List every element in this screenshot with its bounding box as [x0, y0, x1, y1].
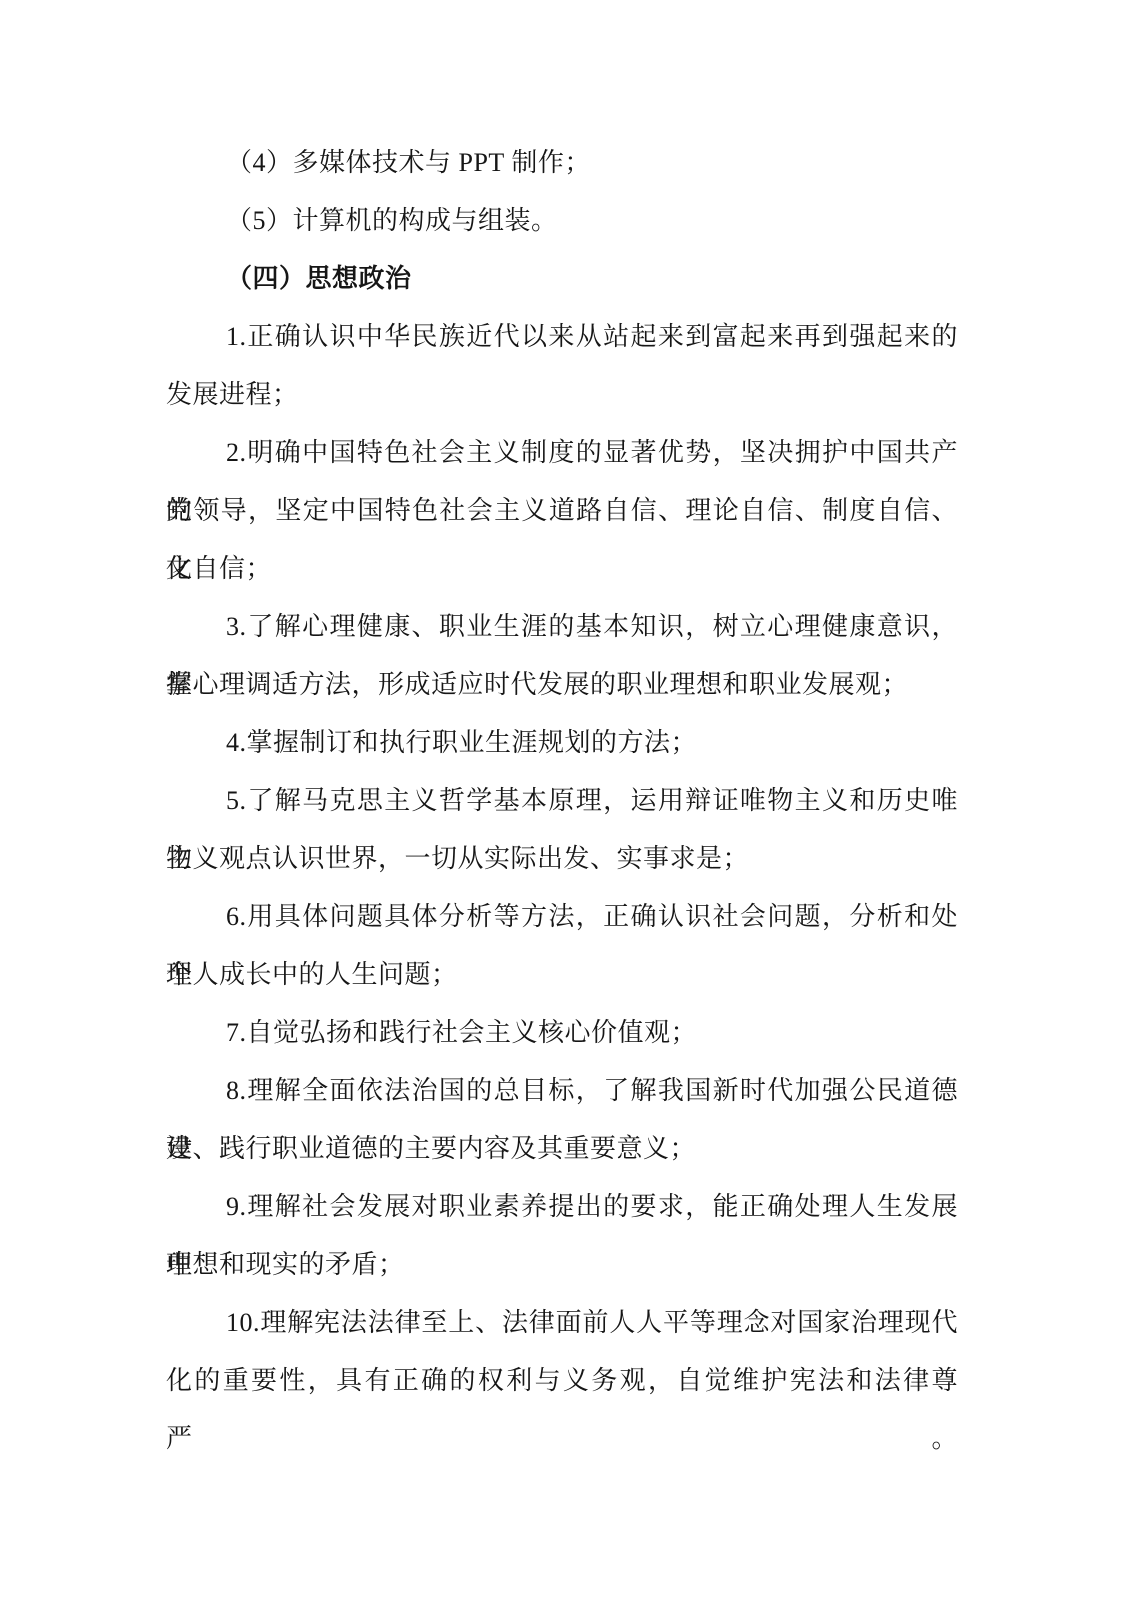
doc-line: 2.明确中国特色社会主义制度的显著优势，坚决拥护中国共产党	[166, 424, 958, 482]
paragraph-point-5: 5.了解马克思主义哲学基本原理，运用辩证唯物主义和历史唯物 主义观点认识世界，一…	[166, 772, 958, 888]
paragraph-point-7: 7.自觉弘扬和践行社会主义核心价值观；	[166, 1004, 958, 1062]
document-page: （4）多媒体技术与 PPT 制作； （5）计算机的构成与组装。 （四）思想政治 …	[0, 0, 1131, 1600]
doc-line: 握心理调适方法，形成适应时代发展的职业理想和职业发展观；	[166, 656, 958, 714]
doc-line: 主义观点认识世界，一切从实际出发、实事求是；	[166, 830, 958, 888]
doc-line: 9.理解社会发展对职业素养提出的要求，能正确处理人生发展中	[166, 1178, 958, 1236]
doc-line: 化的重要性，具有正确的权利与义务观，自觉维护宪法和法律尊严。	[166, 1352, 958, 1410]
doc-line: 7.自觉弘扬和践行社会主义核心价值观；	[166, 1004, 958, 1062]
paragraph-point-2: 2.明确中国特色社会主义制度的显著优势，坚决拥护中国共产党 的领导，坚定中国特色…	[166, 424, 958, 598]
paragraph-point-1: 1.正确认识中华民族近代以来从站起来到富起来再到强起来的 发展进程；	[166, 308, 958, 424]
doc-line: 10.理解宪法法律至上、法律面前人人平等理念对国家治理现代	[166, 1294, 958, 1352]
doc-line: 的领导，坚定中国特色社会主义道路自信、理论自信、制度自信、文	[166, 482, 958, 540]
doc-line: 4.掌握制订和执行职业生涯规划的方法；	[166, 714, 958, 772]
doc-line: 5.了解马克思主义哲学基本原理，运用辩证唯物主义和历史唯物	[166, 772, 958, 830]
doc-line: 8.理解全面依法治国的总目标，了解我国新时代加强公民道德建	[166, 1062, 958, 1120]
paragraph-item-5: （5）计算机的构成与组装。	[166, 192, 958, 250]
doc-line: （4）多媒体技术与 PPT 制作；	[166, 134, 958, 192]
doc-line: 3.了解心理健康、职业生涯的基本知识，树立心理健康意识，掌	[166, 598, 958, 656]
paragraph-point-9: 9.理解社会发展对职业素养提出的要求，能正确处理人生发展中 理想和现实的矛盾；	[166, 1178, 958, 1294]
doc-line: 6.用具体问题具体分析等方法，正确认识社会问题，分析和处理	[166, 888, 958, 946]
paragraph-point-8: 8.理解全面依法治国的总目标，了解我国新时代加强公民道德建 设、践行职业道德的主…	[166, 1062, 958, 1178]
doc-line: 化自信；	[166, 540, 958, 598]
doc-line: 理想和现实的矛盾；	[166, 1236, 958, 1294]
paragraph-item-4: （4）多媒体技术与 PPT 制作；	[166, 134, 958, 192]
paragraph-point-10: 10.理解宪法法律至上、法律面前人人平等理念对国家治理现代 化的重要性，具有正确…	[166, 1294, 958, 1410]
paragraph-point-6: 6.用具体问题具体分析等方法，正确认识社会问题，分析和处理 个人成长中的人生问题…	[166, 888, 958, 1004]
doc-line: （四）思想政治	[166, 250, 958, 308]
doc-line: 设、践行职业道德的主要内容及其重要意义；	[166, 1120, 958, 1178]
paragraph-point-3: 3.了解心理健康、职业生涯的基本知识，树立心理健康意识，掌 握心理调适方法，形成…	[166, 598, 958, 714]
doc-line: （5）计算机的构成与组装。	[166, 192, 958, 250]
doc-line: 发展进程；	[166, 366, 958, 424]
doc-line: 1.正确认识中华民族近代以来从站起来到富起来再到强起来的	[166, 308, 958, 366]
paragraph-point-4: 4.掌握制订和执行职业生涯规划的方法；	[166, 714, 958, 772]
document-content: （4）多媒体技术与 PPT 制作； （5）计算机的构成与组装。 （四）思想政治 …	[166, 134, 958, 1410]
doc-line: 个人成长中的人生问题；	[166, 946, 958, 1004]
section-heading: （四）思想政治	[166, 250, 958, 308]
